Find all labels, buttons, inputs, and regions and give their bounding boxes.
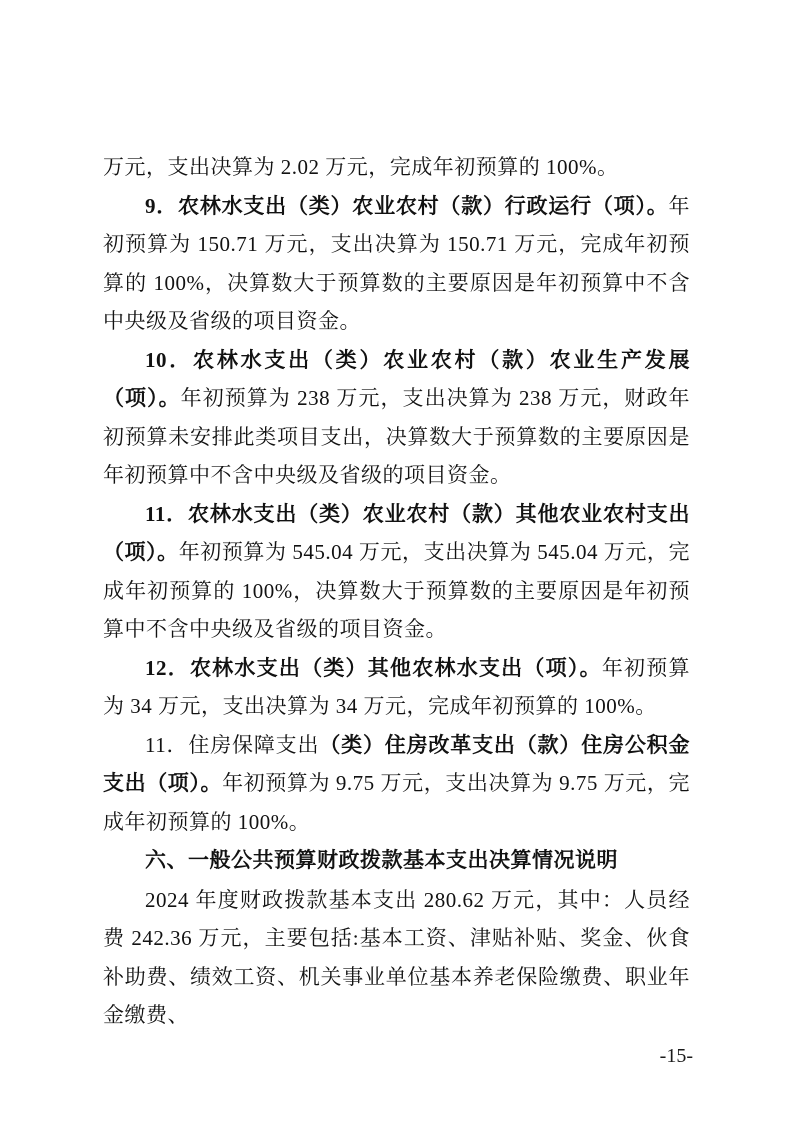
section-heading: 六、一般公共预算财政拨款基本支出决算情况说明 <box>103 841 690 881</box>
paragraph: 10．农林水支出（类）农业农村（款）农业生产发展（项）。年初预算为 238 万元… <box>103 341 690 495</box>
paragraph: 9．农林水支出（类）农业农村（款）行政运行（项）。年初预算为 150.71 万元… <box>103 187 690 341</box>
item-heading-text: 9．农林水支出（类）农业农村（款）行政运行（项）。 <box>145 194 669 218</box>
document-body: 万元，支出决算为 2.02 万元，完成年初预算的 100%。9．农林水支出（类）… <box>0 0 793 1035</box>
body-text: 年初预算为 238 万元，支出决算为 238 万元，财政年初预算未安排此类项目支… <box>103 386 690 487</box>
document-page: 万元，支出决算为 2.02 万元，完成年初预算的 100%。9．农林水支出（类）… <box>0 0 793 1122</box>
paragraph: 12．农林水支出（类）其他农林水支出（项）。年初预算为 34 万元，支出决算为 … <box>103 649 690 726</box>
body-text: 万元，支出决算为 2.02 万元，完成年初预算的 100%。 <box>103 155 619 179</box>
body-text: 2024 年度财政拨款基本支出 280.62 万元，其中：人员经费 242.36… <box>103 888 690 1028</box>
paragraph: 11．住房保障支出（类）住房改革支出（款）住房公积金支出（项）。年初预算为 9.… <box>103 726 690 842</box>
page-number: -15- <box>0 1041 793 1071</box>
section-heading-text: 六、一般公共预算财政拨款基本支出决算情况说明 <box>145 849 618 872</box>
paragraph: 11．农林水支出（类）农业农村（款）其他农业农村支出（项）。年初预算为 545.… <box>103 495 690 649</box>
body-text: 11．住房保障支出 <box>145 733 319 757</box>
paragraph: 万元，支出决算为 2.02 万元，完成年初预算的 100%。 <box>103 148 690 187</box>
paragraph: 2024 年度财政拨款基本支出 280.62 万元，其中：人员经费 242.36… <box>103 881 690 1035</box>
body-text: 年初预算为 545.04 万元，支出决算为 545.04 万元，完成年初预算的 … <box>103 540 690 641</box>
item-heading-text: 12．农林水支出（类）其他农林水支出（项）。 <box>145 656 602 680</box>
